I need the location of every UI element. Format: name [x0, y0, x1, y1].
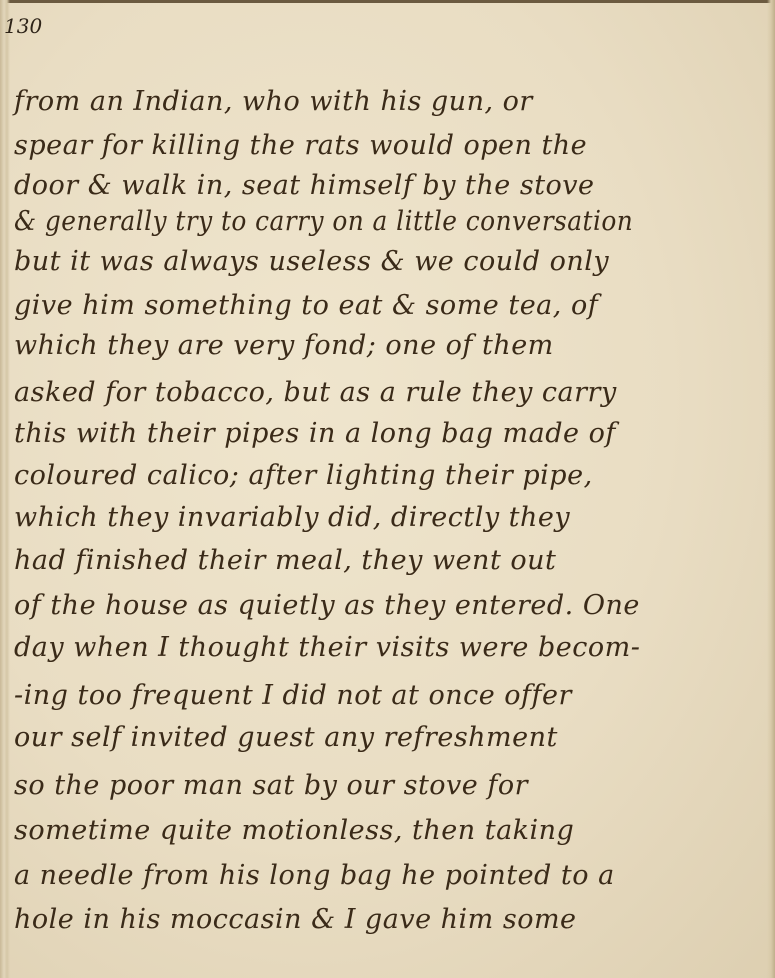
handwritten-line: this with their pipes in a long bag made…: [14, 418, 616, 449]
handwritten-line: spear for killing the rats would open th…: [14, 130, 587, 161]
handwritten-line: of the house as quietly as they entered.…: [14, 590, 640, 621]
page-right-edge: [767, 0, 775, 978]
handwritten-line: so the poor man sat by our stove for: [14, 770, 528, 801]
handwritten-line: our self invited guest any refreshment: [14, 722, 558, 753]
handwritten-line: had finished their meal, they went out: [14, 545, 556, 576]
handwritten-line: which they invariably did, directly they: [14, 502, 570, 533]
handwritten-line: which they are very fond; one of them: [14, 330, 554, 361]
handwritten-line: asked for tobacco, but as a rule they ca…: [14, 377, 617, 408]
handwritten-line: hole in his moccasin & I gave him some: [14, 904, 577, 935]
handwritten-line: coloured calico; after lighting their pi…: [14, 460, 593, 491]
handwritten-line: from an Indian, who with his gun, or: [14, 86, 533, 117]
handwritten-line: -ing too frequent I did not at once offe…: [14, 680, 572, 711]
handwritten-line: but it was always useless & we could onl…: [14, 246, 609, 277]
handwritten-line: door & walk in, seat himself by the stov…: [14, 170, 595, 201]
page-top-edge: [0, 0, 775, 3]
handwritten-line: & generally try to carry on a little con…: [14, 206, 633, 237]
handwritten-line: day when I thought their visits were bec…: [14, 632, 640, 663]
handwritten-line: give him something to eat & some tea, of: [14, 290, 598, 321]
handwritten-line: a needle from his long bag he pointed to…: [14, 860, 615, 891]
page-number: 130: [4, 14, 42, 38]
manuscript-page: 130 from an Indian, who with his gun, or…: [0, 0, 775, 978]
handwritten-line: sometime quite motionless, then taking: [14, 815, 574, 846]
page-binding-edge: [0, 0, 10, 978]
